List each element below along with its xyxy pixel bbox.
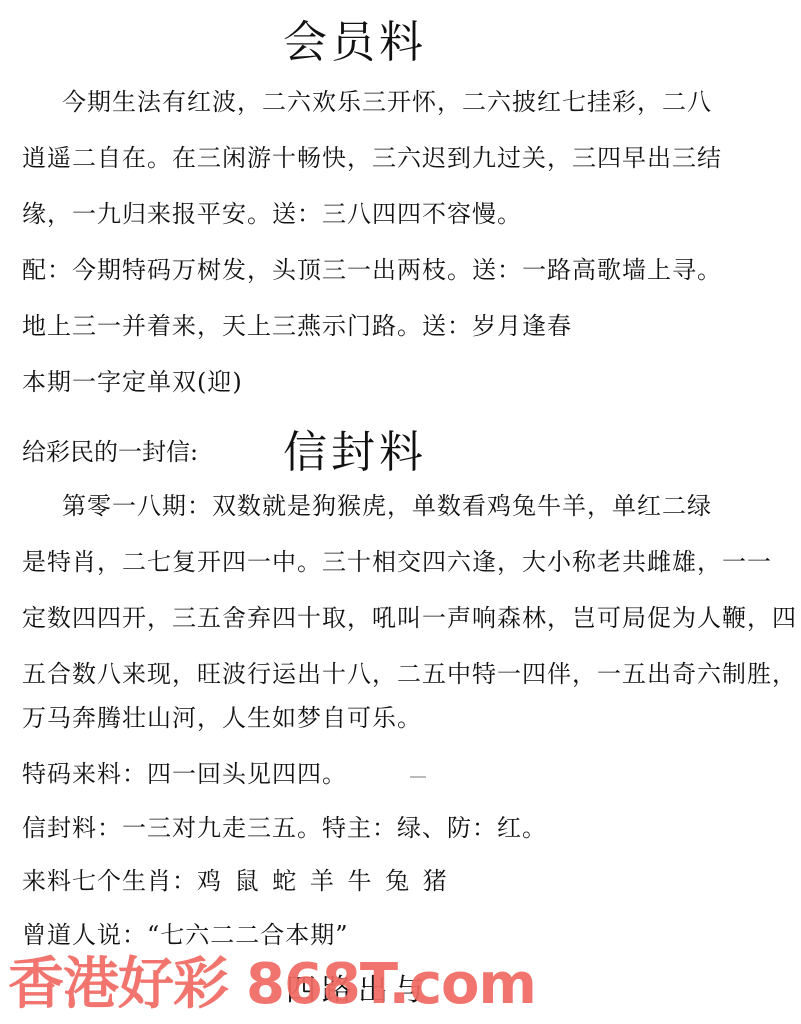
letter-text-line: 是特肖，二七复开四一中。三十相交四六逢，大小称老共雌雄，一一 [22, 547, 772, 577]
letter-text-line: 五合数八来现，旺波行运出十八，二五中特一四伴，一五出奇六制胜， [22, 659, 797, 689]
member-section-title: 会员料 [283, 18, 427, 68]
envelope-info-line: 信封料：一三对九走三五。特主：绿、防：红。 [22, 813, 547, 843]
member-text-line: 缘，一九归来报平安。送：三八四四不容慢。 [22, 199, 522, 229]
watermark: 香港好彩868T.com [8, 952, 536, 1018]
letter-text-line: 第零一八期：双数就是狗猴虎，单数看鸡兔牛羊，单红二绿 [62, 491, 712, 521]
member-text-line: 地上三一并着来，天上三燕示门路。送：岁月逢春 [22, 311, 572, 341]
letter-text-line: 定数四四开，三五舍弃四十取，吼叫一声响森林，岂可局促为人鞭，四 [22, 603, 797, 633]
member-text-line: 本期一字定单双(迎) [22, 367, 243, 397]
watermark-brand: 香港好彩 [8, 952, 228, 1017]
member-text-line: 配：今期特码万树发，头顶三一出两枝。送：一路高歌墙上寻。 [22, 255, 722, 285]
taoist-saying-line: 曾道人说：“七六二二合本期” [22, 920, 349, 950]
letter-section-title: 信封料 [283, 428, 427, 478]
watermark-url: 868T.com [246, 952, 536, 1017]
letter-text-line: 万马奔腾壮山河，人生如梦自可乐。 [22, 703, 422, 733]
scan-artifact [410, 776, 426, 778]
letter-section-label: 给彩民的一封信: [22, 437, 198, 467]
zodiacs-list: 鸡 鼠 蛇 羊 牛 兔 猪 [197, 867, 450, 895]
zodiacs-label: 来料七个生肖： [22, 867, 197, 895]
special-code-line: 特码来料：四一回头见四四。 [22, 759, 347, 789]
member-text-line: 逍遥二自在。在三闲游十畅快，三六迟到九过关，三四早出三结 [22, 143, 722, 173]
member-text-line: 今期生法有红波，二六欢乐三开怀，二六披红七挂彩，二八 [62, 87, 712, 117]
zodiacs-line: 来料七个生肖：鸡 鼠 蛇 羊 牛 兔 猪 [22, 866, 450, 896]
